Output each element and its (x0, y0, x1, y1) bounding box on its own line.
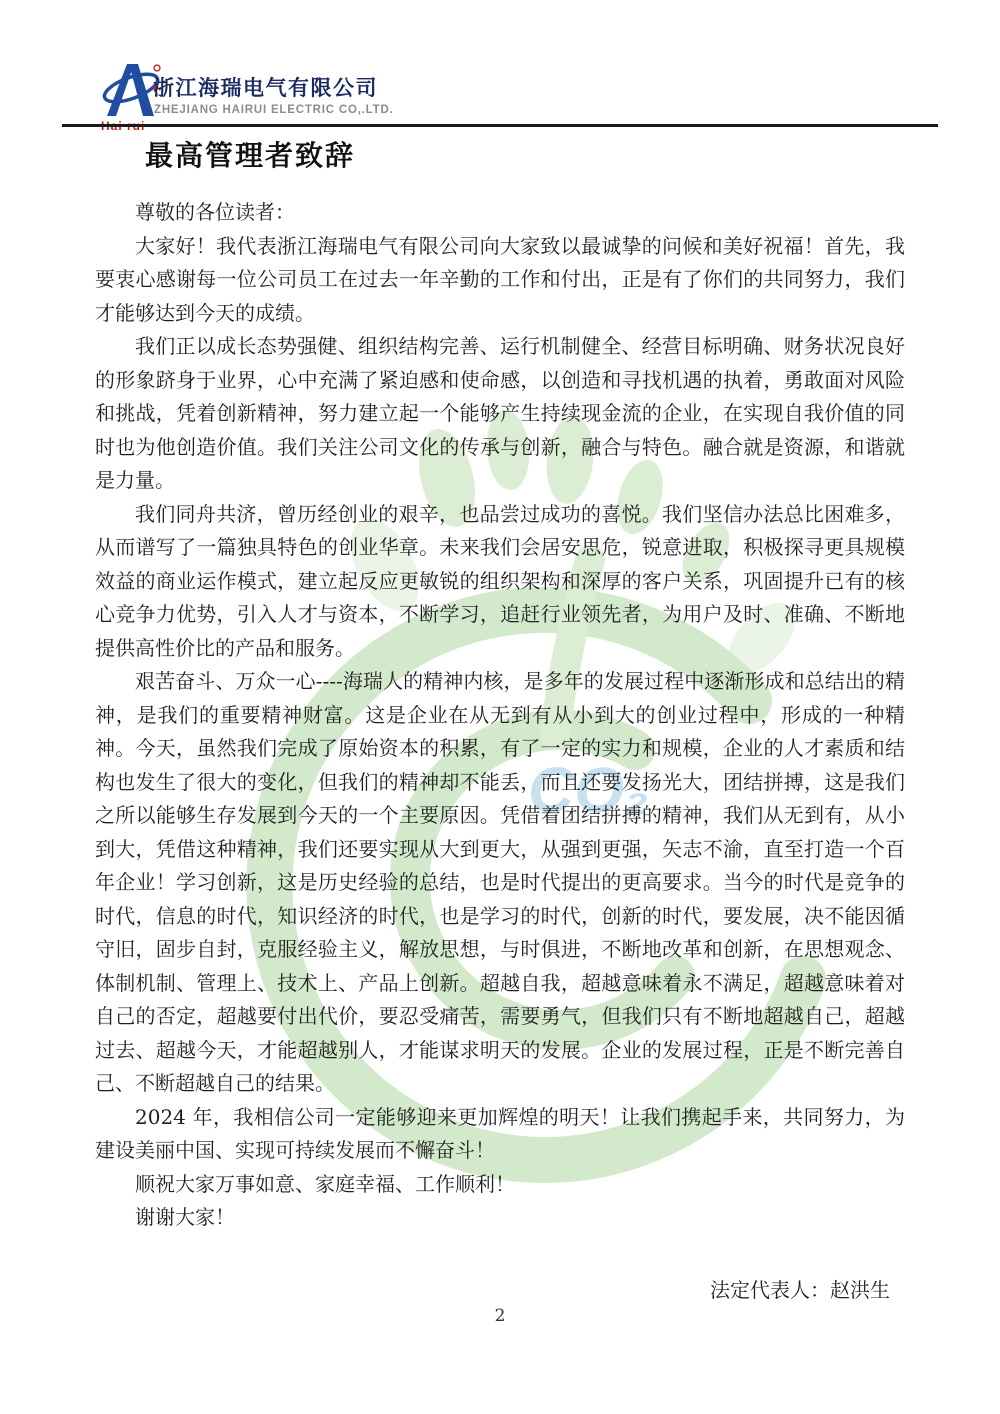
letter-body: 尊敬的各位读者： 大家好！我代表浙江海瑞电气有限公司向大家致以最诚挚的问候和美好… (95, 196, 905, 1235)
company-name-cn: 浙江海瑞电气有限公司 (153, 72, 378, 102)
thanks-line: 谢谢大家！ (95, 1201, 905, 1235)
header-divider-rule (62, 124, 938, 127)
salutation: 尊敬的各位读者： (95, 196, 905, 230)
closing-wishes: 顺祝大家万事如意、家庭幸福、工作顺利！ (95, 1168, 905, 1202)
paragraph-spirit: 艰苦奋斗、万众一心----海瑞人的精神内核，是多年的发展过程中逐渐形成和总结出的… (95, 665, 905, 1101)
paragraph-entrepreneurship: 我们同舟共济，曾历经创业的艰辛，也品尝过成功的喜悦。我们坚信办法总比困难多，从而… (95, 498, 905, 666)
paragraph-company-growth: 我们正以成长态势强健、组织结构完善、运行机制健全、经营目标明确、财务状况良好的形… (95, 330, 905, 498)
legal-representative-signature: 法定代表人：赵洪生 (710, 1274, 890, 1303)
company-name-en: ZHEJIANG HAIRUI ELECTRIC CO,.LTD. (154, 104, 394, 116)
document-page: CO₂ Hai rui 浙江海瑞电气有限公司 ZHEJIANG HAIRUI E… (0, 0, 1000, 1414)
page-title: 最高管理者致辞 (145, 134, 355, 174)
paragraph-greeting: 大家好！我代表浙江海瑞电气有限公司向大家致以最诚挚的问候和美好祝福！首先，我要衷… (95, 230, 905, 331)
paragraph-outlook-2024: 2024 年，我相信公司一定能够迎来更加辉煌的明天！让我们携起手来，共同努力，为… (95, 1101, 905, 1168)
page-number: 2 (0, 1306, 1000, 1326)
